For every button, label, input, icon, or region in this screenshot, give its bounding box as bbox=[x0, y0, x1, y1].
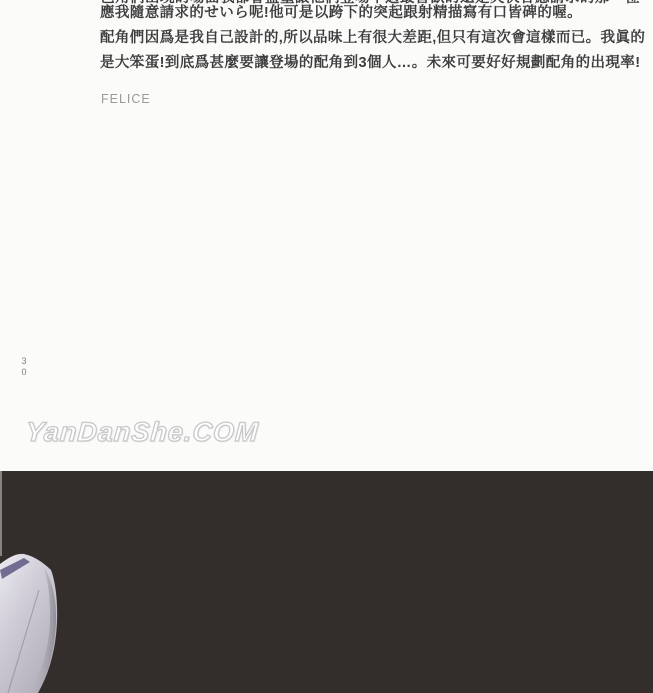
page-corner-fragment-image bbox=[0, 552, 62, 693]
dark-photo-strip bbox=[0, 471, 653, 693]
vertical-page-number: 30 bbox=[19, 356, 29, 378]
white-page-area: 色角們出現的場面我都會盡量讓他們登場不過最喜歡的還是爽快答應請求的那一位 應我隨… bbox=[0, 0, 653, 471]
scanned-comic-page: { "page": { "background_color": "#fbfbfa… bbox=[0, 0, 653, 693]
paragraph-line-2: 配角們因爲是我自己設計的,所以品味上有很大差距,但只有這次會這樣而已。我眞的 bbox=[100, 26, 640, 51]
strip-left-edge-highlight bbox=[0, 471, 2, 556]
paragraph-line-3: 是大笨蛋!到底爲甚麼要讓登場的配角到3個人…。未來可要好好規劃配角的出現率! bbox=[100, 51, 640, 76]
site-watermark: YanDanShe.COM bbox=[25, 417, 260, 448]
afterword-paragraph: 應我隨意請求的せいら呢!他可是以跨下的突起跟射精描寫有口皆碑的喔。 配角們因爲是… bbox=[100, 1, 640, 76]
paragraph-line-1: 應我隨意請求的せいら呢!他可是以跨下的突起跟射精描寫有口皆碑的喔。 bbox=[100, 1, 640, 26]
author-signature: FELICE bbox=[101, 92, 151, 106]
